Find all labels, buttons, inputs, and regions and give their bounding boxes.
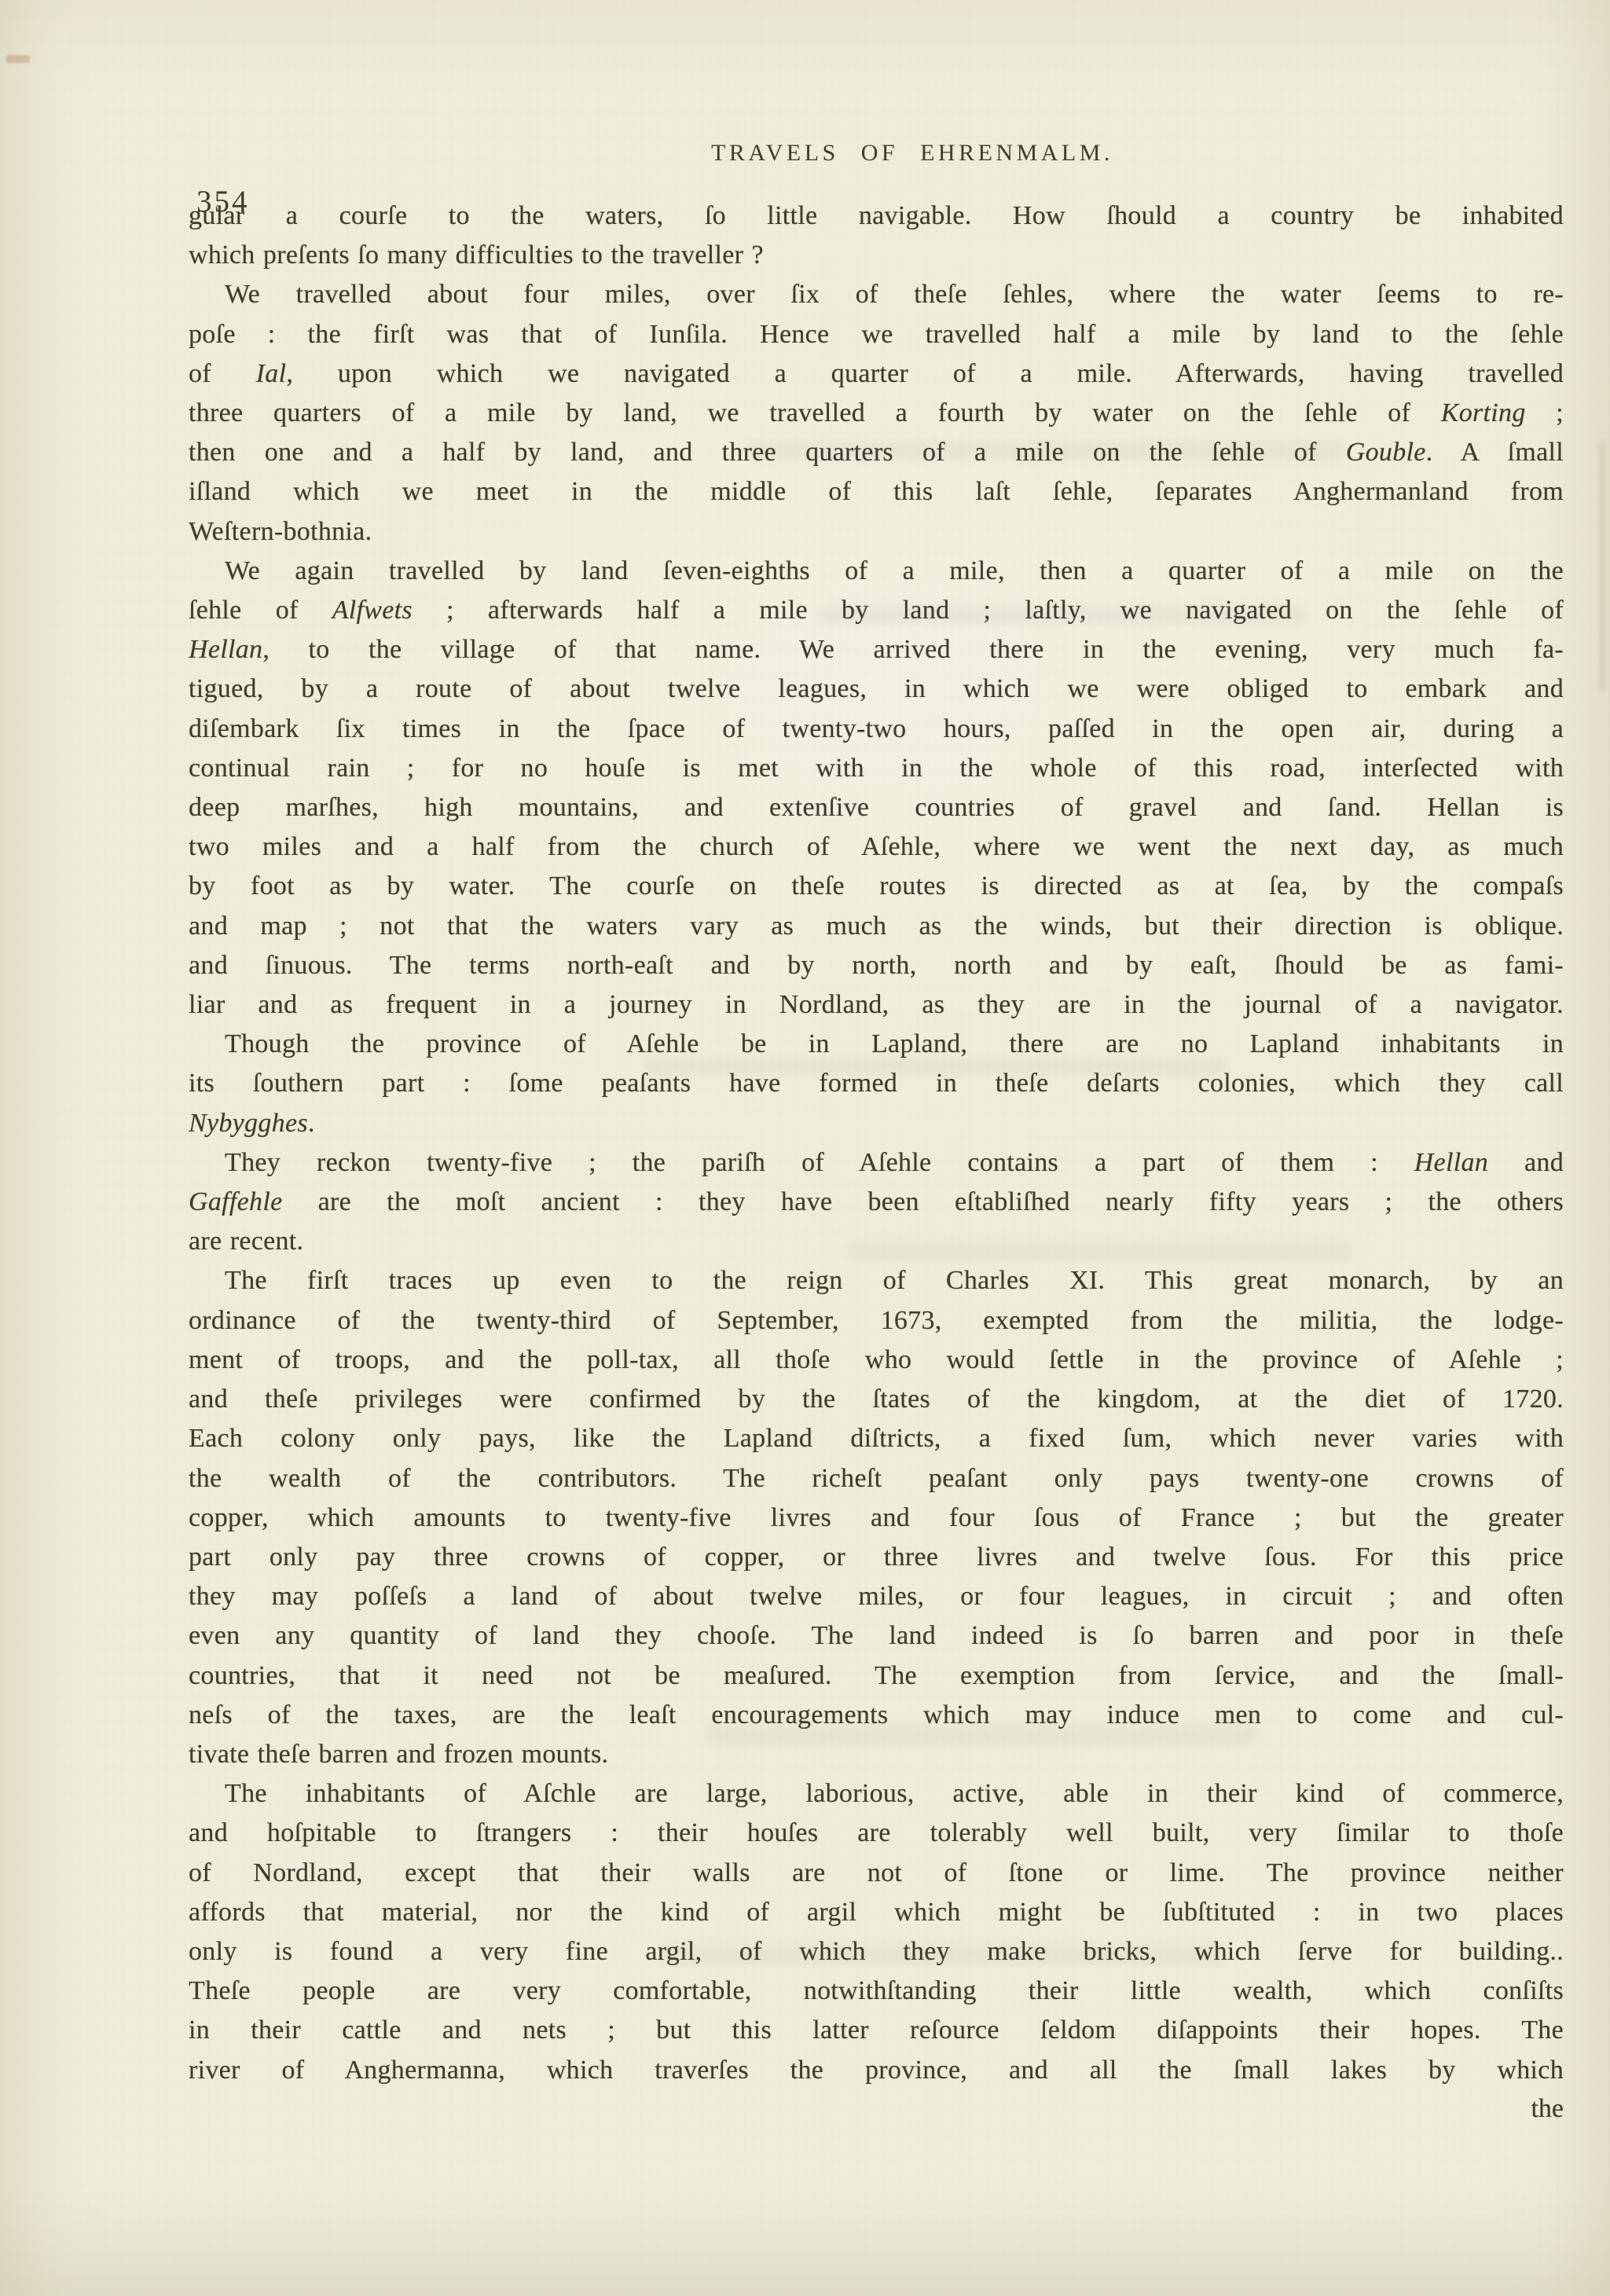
- text-line: The inhabitants of Aſchle are large, lab…: [189, 1774, 1564, 1814]
- text-line: in their cattle and nets ; but this latt…: [189, 2011, 1564, 2050]
- text-line: We travelled about four miles, over ſix …: [189, 275, 1564, 314]
- text-line: then one and a half by land, and three q…: [189, 433, 1564, 472]
- text-line: ment of troops, and the poll-tax, all th…: [189, 1341, 1564, 1380]
- text-line: ordinance of the twenty-third of Septemb…: [189, 1301, 1564, 1341]
- text-line: river of Anghermanna, which traverſes th…: [189, 2051, 1564, 2090]
- text-line: liar and as frequent in a journey in Nor…: [189, 985, 1564, 1025]
- text-line: they may poſſeſs a land of about twelve …: [189, 1577, 1564, 1616]
- text-line: its ſouthern part : ſome peaſants have f…: [189, 1064, 1564, 1103]
- text-line: gular a courſe to the waters, ſo little …: [189, 196, 1564, 236]
- text-line: and map ; not that the waters vary as mu…: [189, 907, 1564, 946]
- text-line: Hellan, to the village of that name. We …: [189, 630, 1564, 669]
- text-line: Nybygghes.: [189, 1104, 1564, 1143]
- text-line: We again travelled by land ſeven-eighths…: [189, 552, 1564, 591]
- text-line: even any quantity of land they chooſe. T…: [189, 1616, 1564, 1656]
- text-line: diſembark ſix times in the ſpace of twen…: [189, 710, 1564, 749]
- text-line: and hoſpitable to ſtrangers : their houſ…: [189, 1814, 1564, 1853]
- text-line: of Nordland, except that their walls are…: [189, 1854, 1564, 1893]
- text-line: by foot as by water. The courſe on theſe…: [189, 867, 1564, 906]
- text-line: ſehle of Alfwets ; afterwards half a mil…: [189, 591, 1564, 630]
- text-line: They reckon twenty-five ; the pariſh of …: [189, 1143, 1564, 1183]
- scan-edge-streak: [1599, 440, 1605, 691]
- text-line: are recent.: [189, 1222, 1564, 1261]
- text-line: the wealth of the contributors. The rich…: [189, 1459, 1564, 1498]
- text-line: Though the province of Aſehle be in Lapl…: [189, 1025, 1564, 1064]
- text-line: and ſinuous. The terms north-eaſt and by…: [189, 946, 1564, 985]
- text-line: tigued, by a route of about twelve leagu…: [189, 669, 1564, 709]
- text-line: tivate theſe barren and frozen mounts.: [189, 1735, 1564, 1774]
- text-line: of Ial, upon which we navigated a quarte…: [189, 354, 1564, 394]
- text-line: Weſtern-bothnia.: [189, 512, 1564, 552]
- scanned-book-page: 354 TRAVELS OF EHRENMALM. gular a courſe…: [0, 0, 1610, 2296]
- text-line: affords that material, nor the kind of a…: [189, 1893, 1564, 1932]
- text-line: iſland which we meet in the middle of th…: [189, 472, 1564, 512]
- text-line: neſs of the taxes, are the leaſt encoura…: [189, 1696, 1564, 1735]
- text-line: deep marſhes, high mountains, and extenſ…: [189, 788, 1564, 827]
- text-line: Theſe people are very comfortable, notwi…: [189, 1971, 1564, 2011]
- text-line: part only pay three crowns of copper, or…: [189, 1538, 1564, 1577]
- text-line: three quarters of a mile by land, we tra…: [189, 394, 1564, 433]
- text-line: countries, that it need not be meaſured.…: [189, 1656, 1564, 1696]
- text-line: which preſents ſo many difficulties to t…: [189, 236, 1564, 275]
- catchword: the: [189, 2089, 1564, 2129]
- text-line: two miles and a half from the church of …: [189, 827, 1564, 867]
- running-header: TRAVELS OF EHRENMALM.: [225, 140, 1600, 167]
- text-line: only is found a very fine argil, of whic…: [189, 1932, 1564, 1971]
- scan-blemish: [6, 55, 30, 63]
- text-line: The firſt traces up even to the reign of…: [189, 1261, 1564, 1300]
- text-line: continual rain ; for no houſe is met wit…: [189, 749, 1564, 788]
- body-text: gular a courſe to the waters, ſo little …: [189, 196, 1564, 2090]
- text-line: copper, which amounts to twenty-five liv…: [189, 1498, 1564, 1538]
- text-line: Gaffehle are the moſt ancient : they hav…: [189, 1183, 1564, 1222]
- text-line: poſe : the firſt was that of Iunſila. He…: [189, 315, 1564, 354]
- text-line: Each colony only pays, like the Lapland …: [189, 1419, 1564, 1458]
- text-line: and theſe privileges were confirmed by t…: [189, 1380, 1564, 1419]
